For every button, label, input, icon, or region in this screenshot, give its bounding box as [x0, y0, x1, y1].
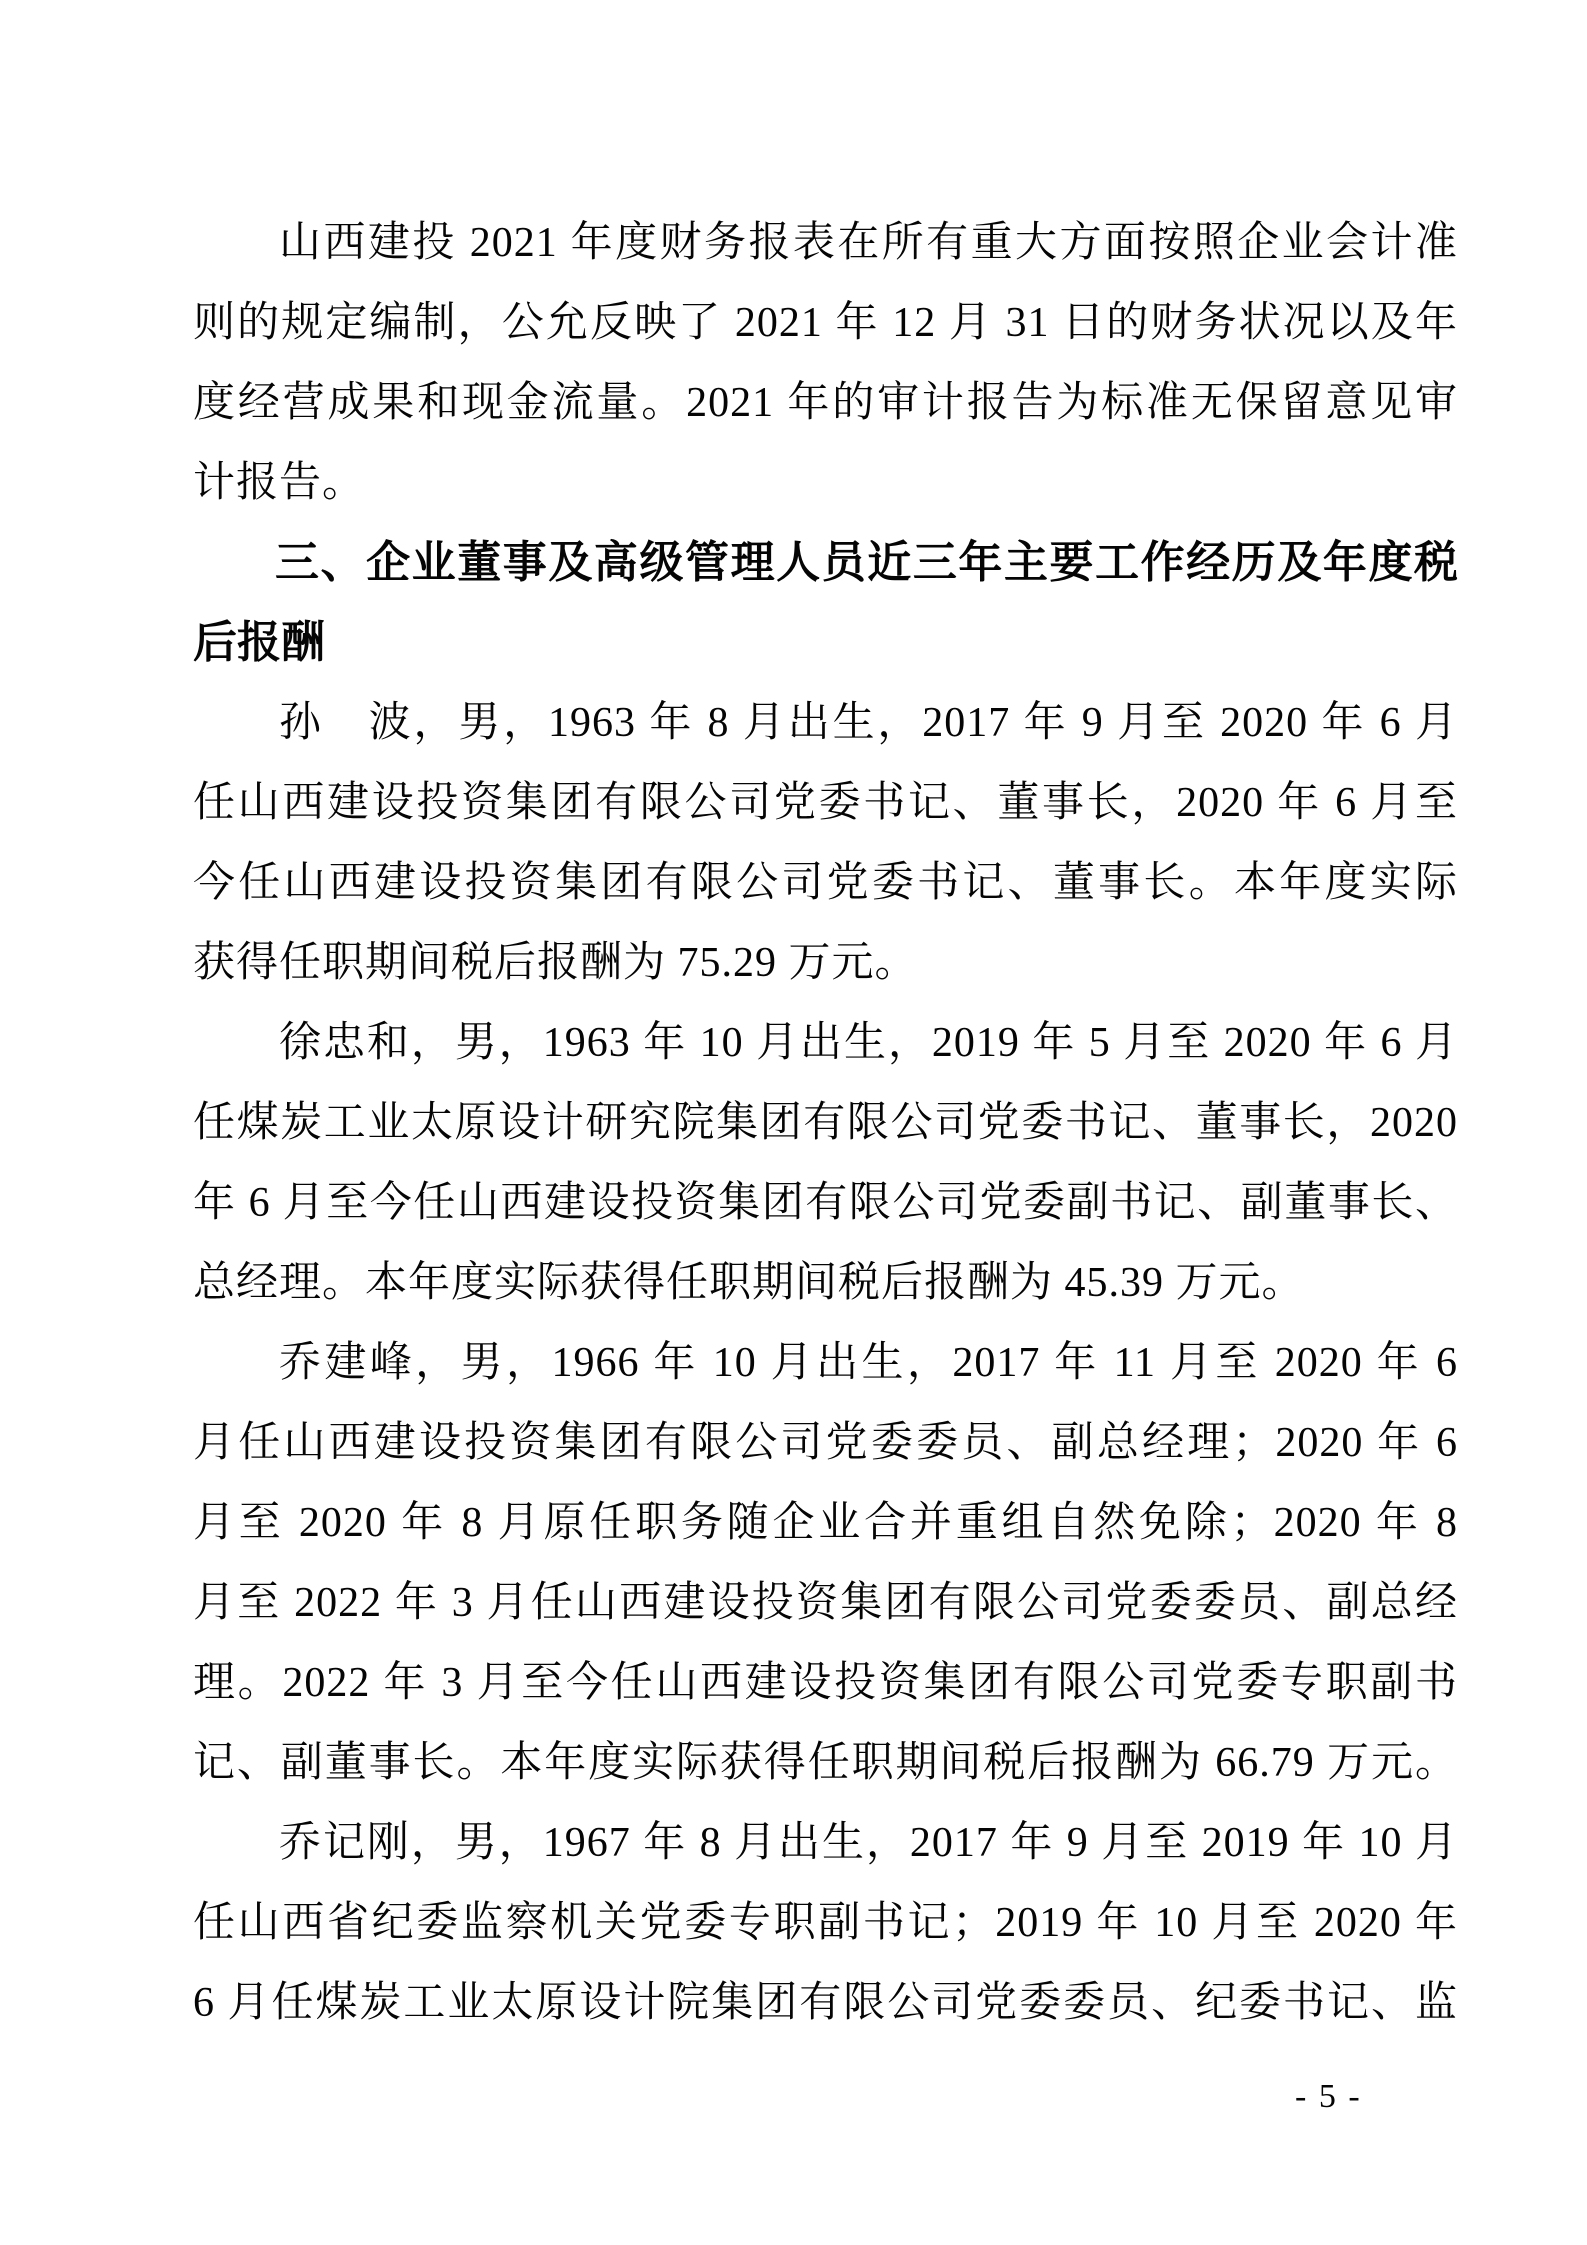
text-line: 获得任职期间税后报酬为 75.29 万元。	[193, 923, 1458, 1003]
text-line: 任煤炭工业太原设计研究院集团有限公司党委书记、董事长，2020	[193, 1083, 1458, 1163]
document-page: 山西建投 2021 年度财务报表在所有重大方面按照企业会计准 则的规定编制，公允…	[0, 0, 1587, 2245]
text-line: 6 月任煤炭工业太原设计院集团有限公司党委委员、纪委书记、监	[193, 1963, 1458, 2043]
text-line: 月至 2020 年 8 月原任职务随企业合并重组自然免除；2020 年 8	[193, 1483, 1458, 1563]
text-line: 任山西省纪委监察机关党委专职副书记；2019 年 10 月至 2020 年	[193, 1883, 1458, 1963]
text-line: 理。2022 年 3 月至今任山西建设投资集团有限公司党委专职副书	[193, 1643, 1458, 1723]
section-heading-line: 三、企业董事及高级管理人员近三年主要工作经历及年度税	[193, 523, 1458, 603]
document-body: 山西建投 2021 年度财务报表在所有重大方面按照企业会计准 则的规定编制，公允…	[193, 203, 1458, 2043]
text-line: 今任山西建设投资集团有限公司党委书记、董事长。本年度实际	[193, 843, 1458, 923]
section-heading-line: 后报酬	[193, 603, 1458, 683]
text-line: 乔记刚，男，1967 年 8 月出生，2017 年 9 月至 2019 年 10…	[193, 1803, 1458, 1883]
text-line: 月任山西建设投资集团有限公司党委委员、副总经理；2020 年 6	[193, 1403, 1458, 1483]
text-line: 徐忠和，男，1963 年 10 月出生，2019 年 5 月至 2020 年 6…	[193, 1003, 1458, 1083]
text-line: 总经理。本年度实际获得任职期间税后报酬为 45.39 万元。	[193, 1243, 1458, 1323]
text-line: 则的规定编制，公允反映了 2021 年 12 月 31 日的财务状况以及年	[193, 283, 1458, 363]
text-line: 度经营成果和现金流量。2021 年的审计报告为标准无保留意见审	[193, 363, 1458, 443]
text-line: 孙 波，男，1963 年 8 月出生，2017 年 9 月至 2020 年 6 …	[193, 683, 1458, 763]
text-line: 年 6 月至今任山西建设投资集团有限公司党委副书记、副董事长、	[193, 1163, 1458, 1243]
text-line: 山西建投 2021 年度财务报表在所有重大方面按照企业会计准	[193, 203, 1458, 283]
text-line: 计报告。	[193, 443, 1458, 523]
text-line: 任山西建设投资集团有限公司党委书记、董事长，2020 年 6 月至	[193, 763, 1458, 843]
text-line: 乔建峰，男，1966 年 10 月出生，2017 年 11 月至 2020 年 …	[193, 1323, 1458, 1403]
page-number: - 5 -	[1295, 2078, 1362, 2116]
text-line: 月至 2022 年 3 月任山西建设投资集团有限公司党委委员、副总经	[193, 1563, 1458, 1643]
text-line: 记、副董事长。本年度实际获得任职期间税后报酬为 66.79 万元。	[193, 1723, 1458, 1803]
